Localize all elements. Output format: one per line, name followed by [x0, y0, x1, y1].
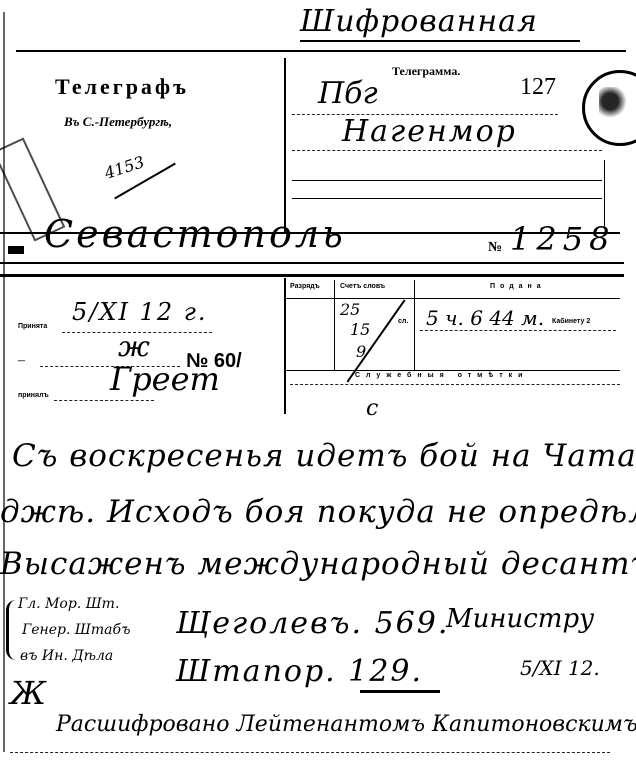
- form-line: [290, 384, 620, 385]
- left-edge: [3, 12, 5, 752]
- body-mark: с: [366, 396, 378, 421]
- table-header-submitted: Подана: [490, 283, 546, 290]
- submitted-time: 5 ч. 6 44 м.: [426, 306, 544, 330]
- header-annotation: Шифрованная: [300, 4, 538, 39]
- time-label: Принята: [18, 323, 47, 330]
- margin-note-3: въ Ин. Дѣла: [20, 648, 113, 664]
- signature-date: 5/XI 12.: [520, 656, 600, 680]
- message-line-3: Высаженъ международный десантъ.: [0, 546, 636, 582]
- header-underline: [300, 40, 580, 42]
- decoded-by: Расшифровано Лейтенантомъ Капитоновскимъ: [56, 712, 636, 737]
- origin-rule-bottom: [0, 262, 624, 264]
- margin-note-2: Генер. Штабъ: [22, 622, 130, 638]
- table-header-word-count: Счетъ словъ: [340, 283, 385, 290]
- form-line: [420, 330, 616, 331]
- line2-value: ж: [118, 330, 150, 363]
- origin-prefix-mark: [8, 246, 24, 254]
- bottom-rule: [10, 752, 610, 753]
- form-number: 127: [520, 74, 556, 101]
- right-box-edge: [604, 160, 605, 226]
- handwritten-number: 4153: [102, 152, 147, 183]
- telegraph-title: Телеграфъ: [55, 74, 189, 100]
- form-line: [292, 198, 602, 199]
- telegram-label: Телеграмма.: [392, 64, 460, 79]
- word-count-2: 15: [350, 320, 370, 339]
- word-count-suffix: сл.: [398, 318, 408, 325]
- submitted-note: Кабинету 2: [552, 318, 590, 325]
- origin-number-label: №: [488, 240, 502, 256]
- table-col-divider: [334, 280, 335, 370]
- signature-line-1-right: Министру: [446, 604, 594, 634]
- accepted-by-value: Греет: [110, 360, 220, 398]
- seal-stamp-icon: [582, 70, 636, 146]
- signature-line-1: Щеголевъ. 569.: [176, 606, 449, 641]
- handwritten-line1: Пбг: [318, 76, 378, 111]
- origin-rule-thick: [0, 274, 624, 277]
- signature-line-2: Штапор. 129.: [176, 654, 423, 689]
- telegraph-subtitle: Въ С.-Петербургѣ,: [64, 114, 172, 130]
- line2-label: —: [18, 358, 25, 365]
- signature-underline: [360, 690, 440, 693]
- table-header-category: Разрядъ: [290, 283, 320, 290]
- word-count-1: 25: [340, 300, 360, 319]
- initials: Ж: [10, 674, 46, 712]
- origin-city: Севастополь: [44, 212, 346, 256]
- form-line: [292, 180, 602, 181]
- service-notes-label: Служебныя отмѣтки: [355, 372, 528, 379]
- message-line-1: Съ воскресенья идетъ бой на Чатал-: [12, 438, 636, 474]
- header-divider: [284, 58, 286, 233]
- reception-date: 5/XI 12 г.: [72, 298, 207, 326]
- table-bottom-rule: [286, 370, 620, 371]
- form-line: [54, 400, 154, 401]
- message-line-2: джѣ. Исходъ боя покуда не опредѣленъ.: [0, 494, 636, 530]
- handwritten-line2: Нагенмор: [342, 114, 517, 149]
- table-col-divider: [414, 280, 415, 370]
- accepted-by-label: принялъ: [18, 392, 49, 399]
- origin-number: 1258: [510, 220, 615, 258]
- top-rule: [16, 50, 626, 52]
- form-line: [292, 150, 602, 151]
- table-header-rule: [286, 298, 620, 299]
- margin-note-1: Гл. Мор. Шт.: [18, 596, 119, 612]
